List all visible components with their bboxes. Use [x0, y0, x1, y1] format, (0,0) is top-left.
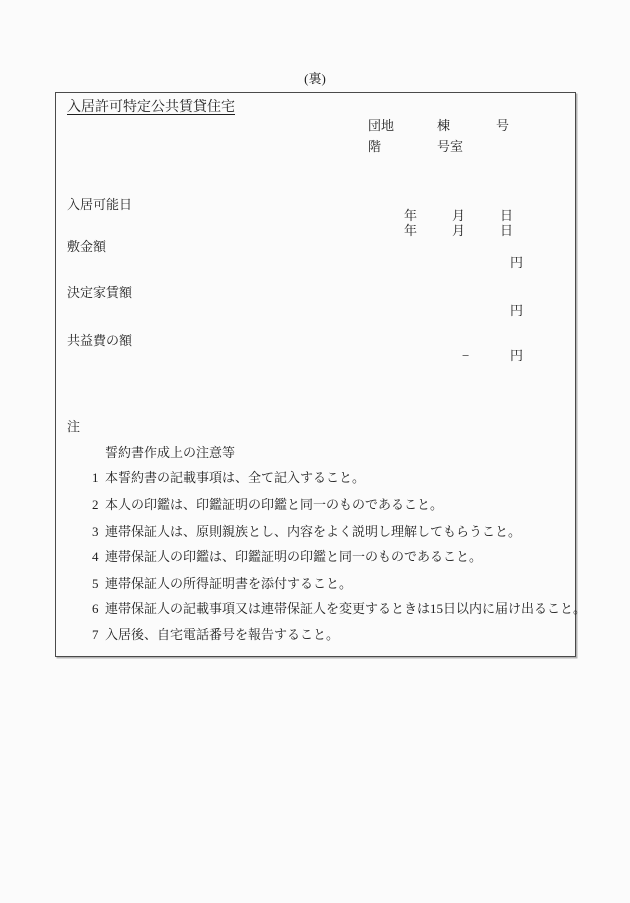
- common-fee-dash: −: [462, 348, 469, 363]
- note-item-text: 本誓約書の記載事項は、全て記入すること。: [105, 470, 365, 485]
- form-title: 入居許可特定公共賃貸住宅: [67, 99, 235, 116]
- note-item-number: 7: [92, 627, 105, 643]
- note-item-text: 連帯保証人の印鑑は、印鑑証明の印鑑と同一のものであること。: [105, 549, 482, 564]
- month-label-2: 月: [452, 223, 465, 238]
- note-item-number: 3: [92, 524, 105, 540]
- day-label-1: 日: [500, 208, 513, 223]
- note-item-number: 6: [92, 601, 105, 617]
- note-item-text: 本人の印鑑は、印鑑証明の印鑑と同一のものであること。: [105, 497, 443, 512]
- note-item: 7入居後、自宅電話番号を報告すること。: [92, 627, 339, 643]
- rent-label: 決定家賃額: [67, 285, 132, 300]
- form-box: 入居許可特定公共賃貸住宅 団地 棟 号 階 号室 入居可能日 年 月 日 年 月…: [55, 92, 576, 657]
- notes-label: 注: [67, 419, 80, 434]
- deposit-label: 敷金額: [67, 239, 106, 254]
- estate-label: 団地: [368, 118, 394, 133]
- note-item-number: 4: [92, 549, 105, 565]
- day-label-2: 日: [500, 223, 513, 238]
- building-label: 棟: [437, 118, 450, 133]
- note-item: 1本誓約書の記載事項は、全て記入すること。: [92, 470, 365, 486]
- building-number-label: 号: [496, 118, 509, 133]
- note-item-text: 連帯保証人の所得証明書を添付すること。: [105, 576, 352, 591]
- deposit-yen-label: 円: [510, 255, 523, 270]
- note-item-number: 2: [92, 497, 105, 513]
- note-item: 3連帯保証人は、原則親族とし、内容をよく説明し理解してもらうこと。: [92, 524, 521, 540]
- note-item-text: 連帯保証人は、原則親族とし、内容をよく説明し理解してもらうこと。: [105, 524, 521, 539]
- page-side-label: (裏): [0, 71, 630, 87]
- document-page: (裏) 入居許可特定公共賃貸住宅 団地 棟 号 階 号室 入居可能日 年 月 日…: [0, 0, 630, 903]
- room-number-label: 号室: [437, 139, 463, 154]
- note-item: 4連帯保証人の印鑑は、印鑑証明の印鑑と同一のものであること。: [92, 549, 482, 565]
- note-item: 2本人の印鑑は、印鑑証明の印鑑と同一のものであること。: [92, 497, 443, 513]
- common-fee-label: 共益費の額: [67, 333, 132, 348]
- note-item-number: 1: [92, 470, 105, 486]
- notes-title: 誓約書作成上の注意等: [105, 445, 235, 460]
- rent-yen-label: 円: [510, 303, 523, 318]
- year-label-1: 年: [404, 208, 417, 223]
- note-item: 5連帯保証人の所得証明書を添付すること。: [92, 576, 352, 592]
- note-item-number: 5: [92, 576, 105, 592]
- common-fee-yen-label: 円: [510, 348, 523, 363]
- month-label-1: 月: [452, 208, 465, 223]
- year-label-2: 年: [404, 223, 417, 238]
- note-item-text: 入居後、自宅電話番号を報告すること。: [105, 627, 339, 642]
- note-item: 6連帯保証人の記載事項又は連帯保証人を変更するときは15日以内に届け出ること。: [92, 601, 586, 617]
- move-in-date-label: 入居可能日: [67, 197, 132, 212]
- note-item-text: 連帯保証人の記載事項又は連帯保証人を変更するときは15日以内に届け出ること。: [105, 601, 586, 616]
- floor-label: 階: [368, 139, 381, 154]
